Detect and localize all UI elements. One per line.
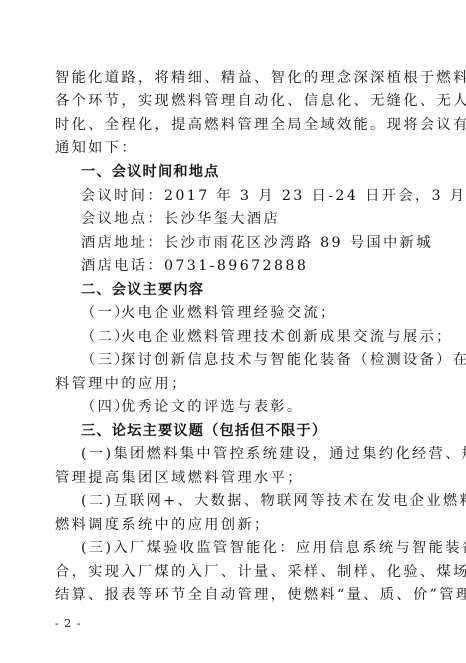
content-item-continuation: 料管理中的应用； <box>55 375 407 393</box>
item-text: 探讨创新信息技术与智能化装备（检测设备）在燃 <box>121 352 466 368</box>
body-text-line: 各个环节，实现燃料管理自动化、信息化、无缝化、无人化、实 <box>55 92 407 110</box>
item-number: （一） <box>81 304 121 322</box>
item-text: 优秀论文的评选与表彰。 <box>121 399 303 415</box>
content-item: （二）火电企业燃料管理技术创新成果交流与展示； <box>81 328 407 346</box>
content-item: （三）探讨创新信息技术与智能化装备（检测设备）在燃 <box>81 351 407 369</box>
body-text-line: 智能化道路，将精细、精益、智化的理念深深植根于燃料管理的 <box>55 69 407 87</box>
item-text: 火电企业燃料管理经验交流； <box>121 305 337 321</box>
section-heading-1: 一、会议时间和地点 <box>81 163 407 181</box>
content-item: （四）优秀论文的评选与表彰。 <box>81 398 407 416</box>
content-item: （一）火电企业燃料管理经验交流； <box>81 304 407 322</box>
topic-item-continuation: 管理提高集团区域燃料管理水平； <box>55 469 407 487</box>
topic-item: (三)入厂煤验收监管智能化：应用信息系统与智能装备相结 <box>81 539 407 557</box>
document-page: 智能化道路，将精细、精益、智化的理念深深植根于燃料管理的 各个环节，实现燃料管理… <box>0 0 466 663</box>
topic-item: (二)互联网+、大数据、物联网等技术在发电企业燃料管理、 <box>81 492 407 510</box>
meeting-location: 会议地点：长沙华玺大酒店 <box>81 210 407 228</box>
item-number: （四） <box>81 398 121 416</box>
hotel-address: 酒店地址：长沙市雨花区沙湾路 89 号国中新城 <box>81 234 407 252</box>
body-text-line: 时化、全程化，提高燃料管理全局全域效能。现将会议有关事项 <box>55 116 407 134</box>
section-heading-2: 二、会议主要内容 <box>81 281 407 299</box>
topic-item-continuation: 合，实现入厂煤的入厂、计量、采样、制样、化验、煤场、合同、 <box>55 563 407 581</box>
topic-item-continuation: 结算、报表等环节全自动管理，使燃料“量、质、价”管理和成 <box>55 586 407 604</box>
meeting-time: 会议时间：2017 年 3 月 23 日-24 日开会，3 月 22 日报到 <box>81 187 407 205</box>
body-text-line: 通知如下： <box>55 139 407 157</box>
section-heading-3: 三、论坛主要议题（包括但不限于） <box>81 422 407 440</box>
item-number: （二） <box>81 328 121 346</box>
hotel-phone: 酒店电话：0731-89672888 <box>81 257 407 275</box>
topic-item-continuation: 燃料调度系统中的应用创新； <box>55 516 407 534</box>
topic-item: (一)集团燃料集中管控系统建设，通过集约化经营、规范化 <box>81 445 407 463</box>
item-number: （三） <box>81 351 121 369</box>
page-number: - 2 - <box>55 617 81 630</box>
item-text: 火电企业燃料管理技术创新成果交流与展示； <box>121 329 453 345</box>
